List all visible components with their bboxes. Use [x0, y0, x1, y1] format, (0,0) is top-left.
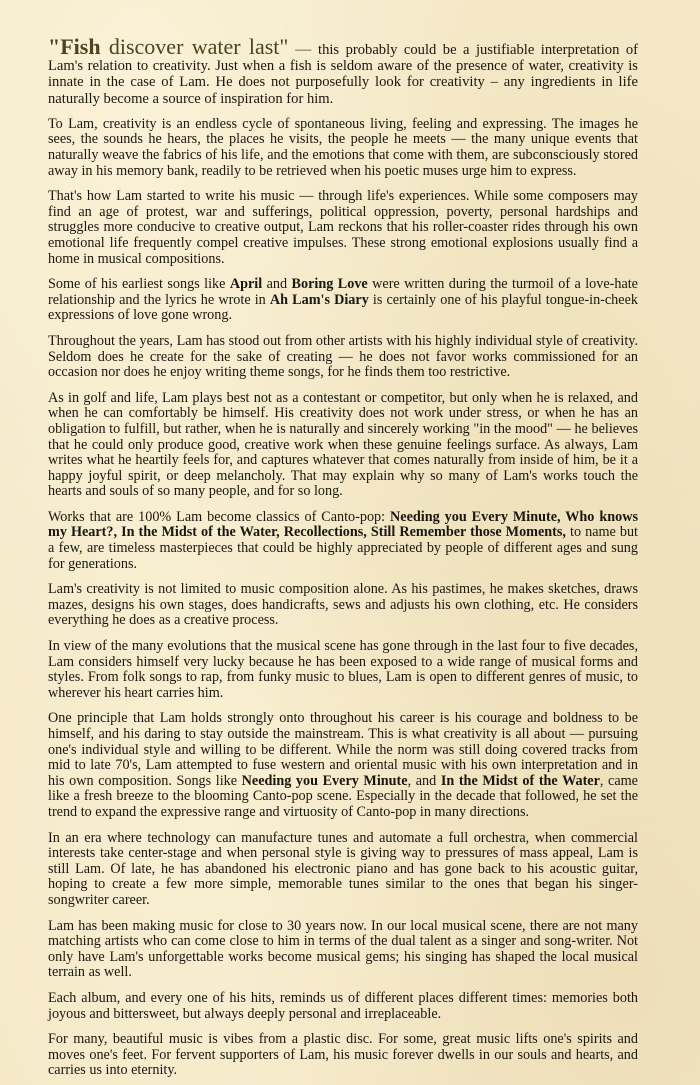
song-title: Boring Love	[292, 276, 368, 292]
paragraph-text: Some of his earliest songs like	[48, 276, 230, 292]
body-paragraph: Works that are 100% Lam become classics …	[48, 510, 638, 572]
body-paragraph: Some of his earliest songs like April an…	[48, 277, 638, 324]
paragraph-text: Throughout the years, Lam has stood out …	[48, 333, 638, 380]
song-title: Ah Lam's Diary	[270, 292, 369, 308]
paragraph-text: In an era where technology can manufactu…	[48, 830, 638, 908]
paragraph-text: Works that are 100% Lam become classics …	[48, 509, 390, 525]
song-title: Needing you Every Minute	[242, 773, 408, 789]
paragraph-text: , and	[408, 773, 441, 789]
song-title: April	[230, 276, 262, 292]
body-paragraph: To Lam, creativity is an endless cycle o…	[48, 117, 638, 179]
article-body: To Lam, creativity is an endless cycle o…	[48, 117, 638, 1079]
paragraph-text: That's how Lam started to write his musi…	[48, 188, 638, 266]
paragraph-text: Lam's creativity is not limited to music…	[48, 581, 638, 628]
body-paragraph: Each album, and every one of his hits, r…	[48, 991, 638, 1022]
body-paragraph: One principle that Lam holds strongly on…	[48, 711, 638, 820]
pull-quote-heading: "Fish discover water last"	[48, 34, 288, 59]
em-dash: —	[288, 41, 318, 58]
body-paragraph: Throughout the years, Lam has stood out …	[48, 334, 638, 381]
paragraph-text: and	[262, 276, 291, 292]
paragraph-text: As in golf and life, Lam plays best not …	[48, 390, 638, 500]
body-paragraph: In view of the many evolutions that the …	[48, 639, 638, 701]
body-paragraph: That's how Lam started to write his musi…	[48, 189, 638, 267]
paragraph-text: In view of the many evolutions that the …	[48, 638, 638, 701]
paragraph-text: Lam has been making music for close to 3…	[48, 918, 638, 981]
body-paragraph: In an era where technology can manufactu…	[48, 831, 638, 909]
intro-paragraph: "Fish discover water last" — this probab…	[48, 36, 638, 107]
song-title: In the Midst of the Water	[441, 773, 600, 789]
paragraph-text: To Lam, creativity is an endless cycle o…	[48, 116, 638, 179]
body-paragraph: As in golf and life, Lam plays best not …	[48, 391, 638, 500]
body-paragraph: For many, beautiful music is vibes from …	[48, 1032, 638, 1079]
paragraph-text: Each album, and every one of his hits, r…	[48, 990, 638, 1022]
paragraph-text: For many, beautiful music is vibes from …	[48, 1031, 638, 1078]
body-paragraph: Lam's creativity is not limited to music…	[48, 582, 638, 629]
pull-quote-bold: "Fish	[48, 34, 101, 59]
pull-quote-rest: discover water last"	[101, 34, 289, 59]
body-paragraph: Lam has been making music for close to 3…	[48, 919, 638, 981]
document-page: "Fish discover water last" — this probab…	[0, 0, 700, 1085]
